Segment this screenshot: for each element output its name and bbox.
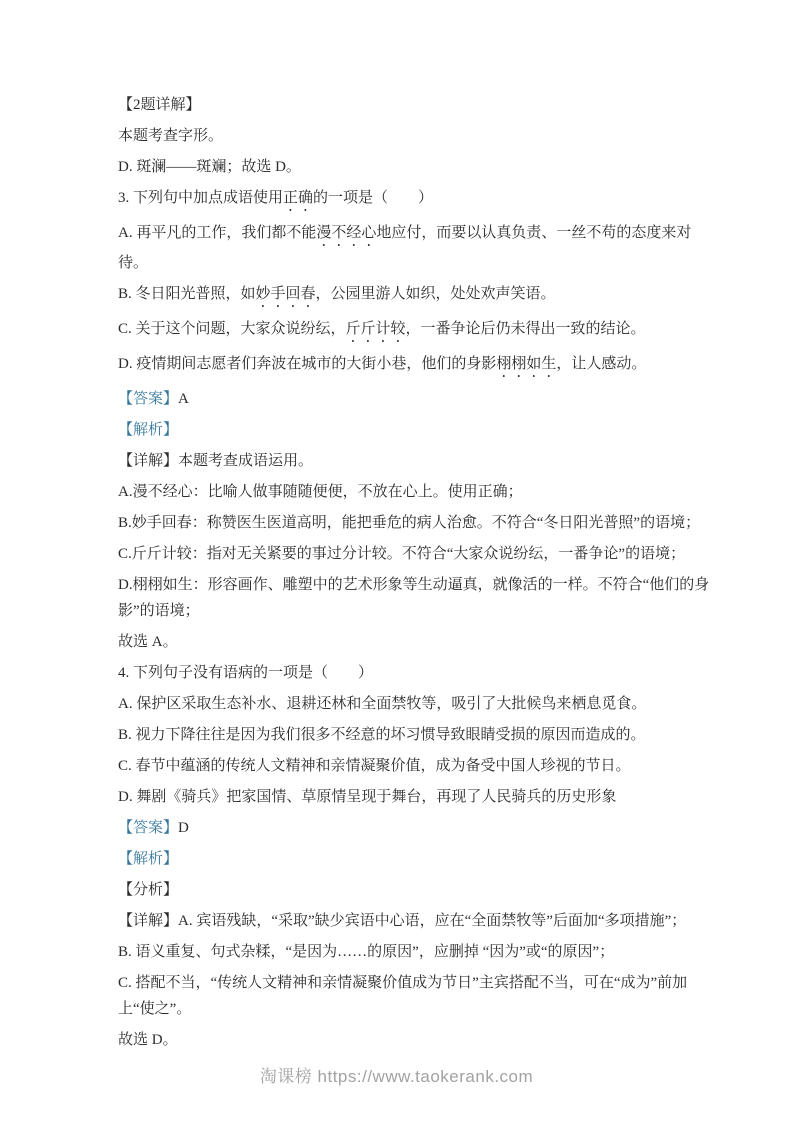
text-segment: 【2题详解】 bbox=[118, 97, 201, 113]
paragraph: D. 疫情期间志愿者们奔波在城市的大街小巷，他们的身影栩栩如生，让人感动。 bbox=[118, 351, 714, 381]
text-segment: B. 冬日阳光普照，如 bbox=[118, 286, 256, 302]
emphasized-idiom: 妙手回春 bbox=[256, 286, 316, 302]
text-segment: A. 保护区采取生态补水、退耕还林和全面禁牧等，吸引了大批候鸟来栖息觅食。 bbox=[118, 696, 646, 712]
text-segment: 【分析】 bbox=[118, 882, 178, 898]
text-segment: A bbox=[178, 391, 189, 407]
paragraph: 【2题详解】 bbox=[118, 92, 714, 118]
emphasized-idiom: 栩栩如生 bbox=[496, 356, 556, 372]
section-label: 【解析】 bbox=[118, 422, 178, 438]
text-segment: D. 斑澜——斑斓；故选 D。 bbox=[118, 159, 301, 175]
document-body: 【2题详解】本题考查字形。D. 斑澜——斑斓；故选 D。3. 下列句中加点成语使… bbox=[118, 92, 714, 1058]
paragraph: 故选 A。 bbox=[118, 629, 714, 655]
paragraph: C.斤斤计较：指对无关紧要的事过分计较。不符合“大家众说纷纭，一番争论”的语境； bbox=[118, 541, 714, 567]
paragraph: C. 搭配不当，“传统人文精神和亲情凝聚价值成为节日”主宾搭配不当，可在“成为”… bbox=[118, 970, 714, 1022]
document-page: 【2题详解】本题考查字形。D. 斑澜——斑斓；故选 D。3. 下列句中加点成语使… bbox=[0, 0, 793, 1122]
text-segment: B.妙手回春：称赞医生医道高明，能把垂危的病人治愈。不符合“冬日阳光普照”的语境… bbox=[118, 515, 700, 531]
text-segment: A. 再平凡的工作，我们都不能 bbox=[118, 225, 316, 241]
paragraph: 【解析】 bbox=[118, 417, 714, 443]
text-segment: ，公园里游人如织，处处欢声笑语。 bbox=[316, 286, 556, 302]
text-segment: 故选 A。 bbox=[118, 634, 178, 650]
paragraph: C. 关于这个问题，大家众说纷纭，斤斤计较，一番争论后仍未得出一致的结论。 bbox=[118, 316, 714, 346]
paragraph: 【答案】D bbox=[118, 815, 714, 841]
paragraph: 4. 下列句子没有语病的一项是（ ） bbox=[118, 660, 714, 686]
text-segment: A.漫不经心：比喻人做事随随便便，不放在心上。使用正确； bbox=[118, 484, 523, 500]
paragraph: A.漫不经心：比喻人做事随随便便，不放在心上。使用正确； bbox=[118, 479, 714, 505]
emphasized-idiom: 正确 bbox=[283, 190, 313, 206]
paragraph: B. 冬日阳光普照，如妙手回春，公园里游人如织，处处欢声笑语。 bbox=[118, 281, 714, 311]
paragraph: 3. 下列句中加点成语使用正确的一项是（ ） bbox=[118, 185, 714, 215]
emphasized-idiom: 漫不经心 bbox=[316, 225, 376, 241]
paragraph: 【详解】A. 宾语残缺，“采取”缺少宾语中心语，应在“全面禁牧等”后面加“多项措… bbox=[118, 908, 714, 934]
paragraph: D. 斑澜——斑斓；故选 D。 bbox=[118, 154, 714, 180]
paragraph: B. 视力下降往往是因为我们很多不经意的坏习惯导致眼睛受损的原因而造成的。 bbox=[118, 722, 714, 748]
paragraph: D. 舞剧《骑兵》把家国情、草原情呈现于舞台，再现了人民骑兵的历史形象 bbox=[118, 784, 714, 810]
text-segment: D bbox=[178, 820, 189, 836]
emphasized-idiom: 斤斤计较 bbox=[346, 321, 406, 337]
paragraph: 【分析】 bbox=[118, 877, 714, 903]
text-segment: ，一番争论后仍未得出一致的结论。 bbox=[406, 321, 646, 337]
text-segment: 故选 D。 bbox=[118, 1032, 178, 1048]
text-segment: C.斤斤计较：指对无关紧要的事过分计较。不符合“大家众说纷纭，一番争论”的语境； bbox=[118, 546, 685, 562]
text-segment: ，让人感动。 bbox=[556, 356, 646, 372]
section-label: 【答案】 bbox=[118, 391, 178, 407]
text-segment: B. 视力下降往往是因为我们很多不经意的坏习惯导致眼睛受损的原因而造成的。 bbox=[118, 727, 646, 743]
paragraph: 【详解】本题考查成语运用。 bbox=[118, 448, 714, 474]
text-segment: 【详解】本题考查成语运用。 bbox=[118, 453, 313, 469]
text-segment: C. 关于这个问题，大家众说纷纭， bbox=[118, 321, 346, 337]
text-segment: D. 疫情期间志愿者们奔波在城市的大街小巷，他们的身影 bbox=[118, 356, 496, 372]
text-segment: 【详解】A. 宾语残缺，“采取”缺少宾语中心语，应在“全面禁牧等”后面加“多项措… bbox=[118, 913, 686, 929]
paragraph: A. 保护区采取生态补水、退耕还林和全面禁牧等，吸引了大批候鸟来栖息觅食。 bbox=[118, 691, 714, 717]
text-segment: C. 搭配不当，“传统人文精神和亲情凝聚价值成为节日”主宾搭配不当，可在“成为”… bbox=[118, 975, 687, 1017]
paragraph: 【解析】 bbox=[118, 846, 714, 872]
section-label: 【答案】 bbox=[118, 820, 178, 836]
paragraph: D.栩栩如生：形容画作、雕塑中的艺术形象等生动逼真，就像活的一样。不符合“他们的… bbox=[118, 572, 714, 624]
paragraph: C. 春节中蕴涵的传统人文精神和亲情凝聚价值，成为备受中国人珍视的节日。 bbox=[118, 753, 714, 779]
paragraph: A. 再平凡的工作，我们都不能漫不经心地应付，而要以认真负责、一丝不苟的态度来对… bbox=[118, 220, 714, 276]
text-segment: D. 舞剧《骑兵》把家国情、草原情呈现于舞台，再现了人民骑兵的历史形象 bbox=[118, 789, 616, 805]
text-segment: B. 语义重复、句式杂糅，“是因为……的原因”，应删掉 “因为”或“的原因”； bbox=[118, 944, 614, 960]
text-segment: C. 春节中蕴涵的传统人文精神和亲情凝聚价值，成为备受中国人珍视的节日。 bbox=[118, 758, 631, 774]
paragraph: B.妙手回春：称赞医生医道高明，能把垂危的病人治愈。不符合“冬日阳光普照”的语境… bbox=[118, 510, 714, 536]
text-segment: 3. 下列句中加点成语使用 bbox=[118, 190, 283, 206]
paragraph: 故选 D。 bbox=[118, 1027, 714, 1053]
paragraph: B. 语义重复、句式杂糅，“是因为……的原因”，应删掉 “因为”或“的原因”； bbox=[118, 939, 714, 965]
section-label: 【解析】 bbox=[118, 851, 178, 867]
text-segment: 4. 下列句子没有语病的一项是（ ） bbox=[118, 665, 373, 681]
footer-watermark: 淘课榜 https://www.taokerank.com bbox=[0, 1062, 793, 1087]
text-segment: 本题考查字形。 bbox=[118, 128, 223, 144]
paragraph: 【答案】A bbox=[118, 386, 714, 412]
text-segment: 的一项是（ ） bbox=[313, 190, 433, 206]
paragraph: 本题考查字形。 bbox=[118, 123, 714, 149]
text-segment: D.栩栩如生：形容画作、雕塑中的艺术形象等生动逼真，就像活的一样。不符合“他们的… bbox=[118, 577, 709, 619]
